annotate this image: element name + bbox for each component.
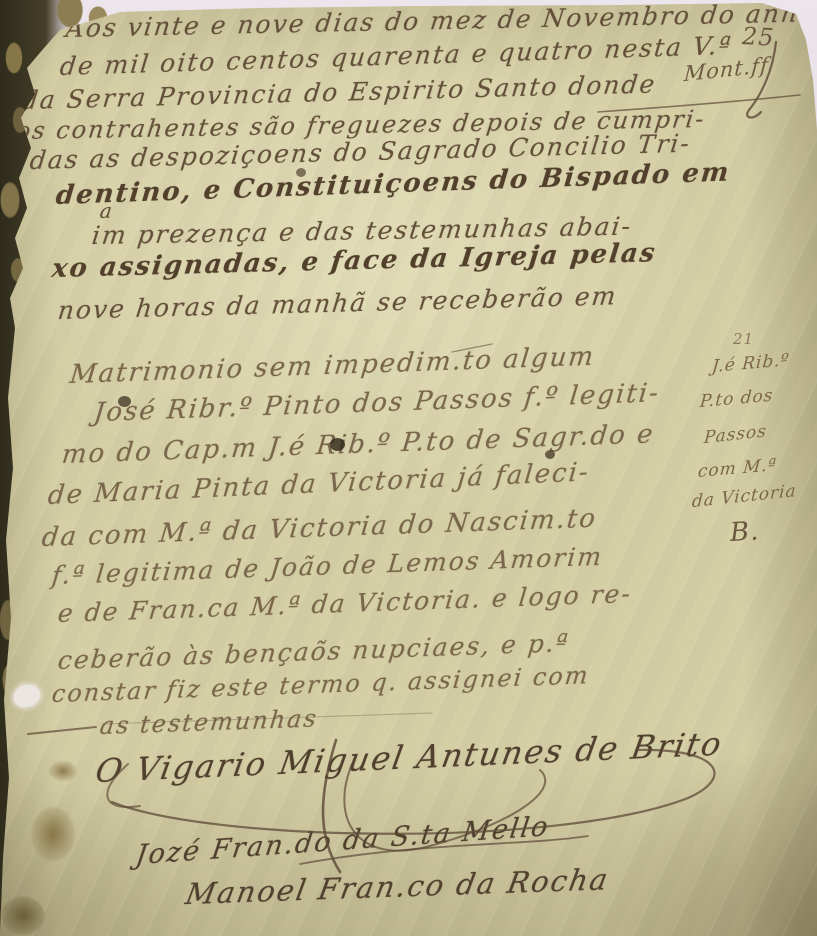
torn-hole — [14, 685, 40, 707]
manuscript-line: nove horas da manhã se receberão em — [56, 281, 619, 325]
margin-page-number: 25 — [741, 22, 775, 52]
stain — [48, 760, 78, 782]
margin-note-line: Passos — [703, 421, 767, 448]
interlinear-correction: a — [99, 198, 115, 223]
photograph-background: Aos vinte e nove dias do mez de Novembro… — [0, 0, 817, 936]
manuscript-line: as testemunhas — [99, 704, 320, 740]
margin-note-line: J.é Rib.º — [711, 350, 790, 377]
margin-note-line: P.to dos — [699, 385, 774, 412]
margin-entry-number: 21 — [733, 330, 754, 348]
margin-note-line: com M.ª — [697, 455, 778, 482]
manuscript-page: Aos vinte e nove dias do mez de Novembro… — [0, 0, 817, 936]
witness-signature: Manoel Fran.co da Rocha — [183, 862, 612, 911]
stain — [30, 805, 76, 863]
witness-signature: Jozé Fran.do da S.ta Mello — [134, 811, 552, 871]
margin-initial: B. — [729, 516, 760, 547]
stain — [0, 895, 46, 936]
margin-note-line: da Victoria — [691, 481, 797, 512]
